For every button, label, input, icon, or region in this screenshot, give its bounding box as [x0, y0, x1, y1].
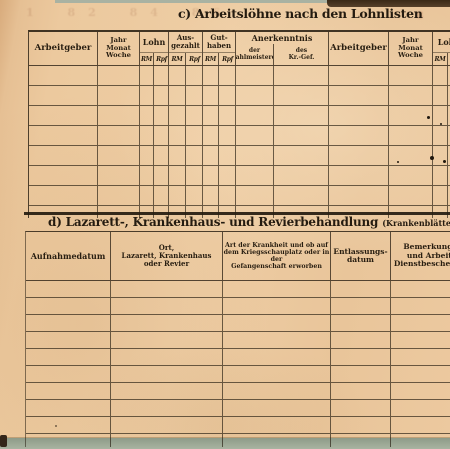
- hospital-table-cell: [223, 383, 331, 399]
- wage-table-header: ArbeitgeberJahrMonatWocheLohnRMRpfAus-ge…: [29, 32, 450, 66]
- wage-table-cell: [98, 126, 140, 145]
- hospital-table-cell: [223, 366, 331, 382]
- wage-table-cell: [169, 186, 186, 205]
- hospital-table-cell: [111, 366, 223, 382]
- wage-table-cell: [169, 166, 186, 185]
- hospital-table-cell: [331, 417, 391, 433]
- wage-table-cell: [98, 66, 140, 85]
- hospital-table-cell: [26, 315, 111, 331]
- hospital-table-cell: [26, 417, 111, 433]
- wage-table-cell: [29, 166, 98, 185]
- hospital-table-cell: [26, 332, 111, 348]
- hospital-table-cell: [391, 332, 450, 348]
- wage-table-cell: [169, 86, 186, 105]
- wage-table-cell: [389, 186, 433, 205]
- section-d-title-note: (Krankenblätter, D. B.-Verhandl: [382, 218, 450, 228]
- wage-table-cell: [236, 126, 274, 145]
- wage-table-cell: [274, 146, 329, 165]
- wage-table-cell: [274, 106, 329, 125]
- hospital-table-cell: [111, 417, 223, 433]
- hospital-table-cell: [26, 298, 111, 314]
- currency-subheader: RMRpf: [433, 52, 450, 65]
- wage-table-cell: [389, 86, 433, 105]
- wage-table-cell: [140, 146, 154, 165]
- wage-table-cell: [389, 166, 433, 185]
- section-c-title: c) Arbeitslöhne nach den Lohnlisten: [178, 6, 412, 21]
- wage-table-cell: [389, 146, 433, 165]
- wage-table-cell: [203, 186, 219, 205]
- column-header-label: Ort,Lazarett, Krankenhausoder Revier: [111, 232, 222, 280]
- hospital-table-cell: [223, 281, 331, 297]
- hospital-table-tick-cell: [111, 434, 223, 447]
- wage-table-cell: [389, 66, 433, 85]
- wage-table-cell: [236, 66, 274, 85]
- ink-speck: [440, 123, 442, 125]
- hospital-table-row: [26, 417, 450, 434]
- hospital-table-cell: [331, 298, 391, 314]
- wage-table-cell: [236, 146, 274, 165]
- hospital-table-cell: [391, 417, 450, 433]
- hospital-table-cell: [111, 383, 223, 399]
- wage-table-cell: [236, 86, 274, 105]
- wage-table-column-header: LohnRMRpf: [433, 32, 450, 65]
- wage-table-cell: [329, 126, 389, 145]
- ink-speck: [427, 116, 430, 119]
- wage-table-cell: [186, 126, 203, 145]
- wage-table-cell: [274, 86, 329, 105]
- wage-table-cell: [140, 186, 154, 205]
- hospital-table-row: [26, 383, 450, 400]
- currency-unit-label: Rpf: [186, 53, 203, 65]
- hospital-table-row: [26, 315, 450, 332]
- wage-table-cell: [236, 106, 274, 125]
- wage-table-cell: [219, 186, 236, 205]
- wage-table-row: [29, 106, 450, 126]
- ink-speck: [443, 160, 446, 163]
- section-d-title: d) Lazarett-, Krankenhaus- und Revierbeh…: [48, 215, 450, 229]
- wage-table-cell: [329, 106, 389, 125]
- wage-table-cell: [329, 86, 389, 105]
- wage-table-cell: [98, 166, 140, 185]
- hospital-table-cell: [26, 281, 111, 297]
- wage-table-cell: [154, 66, 169, 85]
- wage-table-cell: [154, 146, 169, 165]
- wage-table-cell: [29, 106, 98, 125]
- hospital-table-column-header: Art der Krankheit und ob aufdem Kriegssc…: [223, 232, 331, 280]
- wage-table-cell: [219, 146, 236, 165]
- wage-table-cell: [329, 166, 389, 185]
- hospital-table-cell: [111, 332, 223, 348]
- column-header-label: Bemerkungenund Arbeits-Dienstbescheinigu: [391, 232, 450, 280]
- subcolumn-header: des Kr.-Gef.: [274, 44, 329, 65]
- wage-table-cell: [203, 86, 219, 105]
- column-header-label: Anerkenntnis: [236, 32, 328, 44]
- hospital-table-cell: [391, 281, 450, 297]
- hospital-table-cell: [391, 315, 450, 331]
- wage-table-cell: [169, 106, 186, 125]
- column-header-label: Art der Krankheit und ob aufdem Kriegssc…: [223, 232, 330, 280]
- hospital-table-row: [26, 332, 450, 349]
- wage-table-cell: [154, 86, 169, 105]
- wage-table-cell: [219, 66, 236, 85]
- wage-table-cell: [29, 66, 98, 85]
- column-header-label: Lohn: [433, 32, 450, 52]
- currency-unit-label: RM: [169, 53, 186, 65]
- hospital-table-cell: [391, 400, 450, 416]
- wage-table-cell: [433, 186, 448, 205]
- column-header-label: JahrMonatWoche: [389, 32, 432, 65]
- wage-table-cell: [154, 186, 169, 205]
- wage-table-cell: [219, 86, 236, 105]
- wage-table-cell: [154, 126, 169, 145]
- wage-table-row: [29, 146, 450, 166]
- wage-table-cell: [203, 146, 219, 165]
- wage-table-column-header: Arbeitgeber: [29, 32, 98, 65]
- currency-subheader: RMRpf: [140, 52, 168, 65]
- column-header-label: Aufnahmedatum: [26, 232, 110, 280]
- wage-table-cell: [186, 86, 203, 105]
- hospital-table-cell: [26, 366, 111, 382]
- hospital-table-cell: [331, 383, 391, 399]
- hospital-table-cell: [111, 349, 223, 365]
- wage-table-cell: [329, 186, 389, 205]
- wage-table-cell: [203, 66, 219, 85]
- hospital-table-cell: [26, 349, 111, 365]
- hospital-table-cell: [111, 298, 223, 314]
- hospital-table-column-header: Entlassungs-datum: [331, 232, 391, 280]
- wage-table: ArbeitgeberJahrMonatWocheLohnRMRpfAus-ge…: [28, 30, 450, 218]
- wage-table-cell: [98, 186, 140, 205]
- wage-table-cell: [140, 66, 154, 85]
- hospital-table: AufnahmedatumOrt,Lazarett, Krankenhausod…: [25, 231, 450, 447]
- wage-table-cell: [433, 166, 448, 185]
- wage-table-cell: [433, 66, 448, 85]
- hospital-table-cell: [391, 383, 450, 399]
- subcolumn-header: der Zahlmeisterei: [236, 44, 274, 65]
- wage-table-cell: [186, 146, 203, 165]
- hospital-table-cell: [331, 366, 391, 382]
- hospital-table-cell: [331, 400, 391, 416]
- wage-table-cell: [219, 166, 236, 185]
- hospital-table-cell: [331, 349, 391, 365]
- wage-table-cell: [219, 106, 236, 125]
- section-d-title-text: d) Lazarett-, Krankenhaus- und Revierbeh…: [48, 215, 378, 229]
- wage-table-cell: [140, 126, 154, 145]
- column-header-label: Lohn: [140, 32, 168, 52]
- ink-speck: [430, 156, 434, 160]
- column-header-label: JahrMonatWoche: [98, 32, 139, 65]
- hospital-table-cell: [223, 298, 331, 314]
- hospital-table-column-header: Ort,Lazarett, Krankenhausoder Revier: [111, 232, 223, 280]
- acknowledgement-subheader: der Zahlmeistereides Kr.-Gef.: [236, 44, 328, 65]
- wage-table-cell: [389, 126, 433, 145]
- currency-unit-label: RM: [140, 53, 154, 65]
- wage-table-cell: [140, 106, 154, 125]
- wage-table-cell: [236, 166, 274, 185]
- hospital-table-cell: [223, 417, 331, 433]
- ink-speck: [55, 425, 57, 427]
- wage-table-cell: [203, 166, 219, 185]
- wage-table-row: [29, 66, 450, 86]
- currency-unit-label: Rpf: [154, 53, 169, 65]
- ink-speck: [397, 161, 399, 163]
- wage-table-cell: [236, 186, 274, 205]
- wage-table-cell: [274, 66, 329, 85]
- hospital-table-cell: [223, 332, 331, 348]
- wage-table-cell: [186, 106, 203, 125]
- hospital-table-cell: [111, 315, 223, 331]
- hospital-table-header: AufnahmedatumOrt,Lazarett, Krankenhausod…: [26, 232, 450, 281]
- hospital-table-tick-cell: [26, 434, 111, 447]
- wage-table-cell: [140, 86, 154, 105]
- wage-table-cell: [98, 106, 140, 125]
- wage-table-cell: [98, 146, 140, 165]
- hospital-table-tick-cell: [391, 434, 450, 447]
- wage-table-row: [29, 86, 450, 106]
- wage-table-cell: [169, 126, 186, 145]
- hospital-table-row: [26, 349, 450, 366]
- hospital-table-row: [26, 298, 450, 315]
- column-header-label: Arbeitgeber: [29, 32, 97, 65]
- hospital-table-row: [26, 281, 450, 298]
- wage-table-cell: [154, 166, 169, 185]
- wage-table-cell: [29, 86, 98, 105]
- wage-table-cell: [274, 166, 329, 185]
- hospital-table-column-header: Bemerkungenund Arbeits-Dienstbescheinigu: [391, 232, 450, 280]
- wage-table-row: [29, 166, 450, 186]
- wage-table-cell: [433, 86, 448, 105]
- wage-table-cell: [433, 126, 448, 145]
- wage-table-column-header: JahrMonatWoche: [389, 32, 433, 65]
- wage-table-column-header: JahrMonatWoche: [98, 32, 140, 65]
- hospital-table-cell: [331, 281, 391, 297]
- wage-table-cell: [98, 86, 140, 105]
- wage-table-cell: [219, 126, 236, 145]
- hospital-table-cell: [391, 349, 450, 365]
- wage-table-cell: [203, 126, 219, 145]
- wage-table-cell: [203, 106, 219, 125]
- hospital-table-cell: [26, 400, 111, 416]
- hospital-table-cell: [26, 383, 111, 399]
- wage-table-cell: [169, 66, 186, 85]
- hospital-table-cell: [111, 400, 223, 416]
- hospital-table-cell: [223, 400, 331, 416]
- wage-table-column-header: Gut-habenRMRpf: [203, 32, 236, 65]
- column-header-label: Entlassungs-datum: [331, 232, 390, 280]
- scan-corner-spot: [0, 435, 7, 447]
- wage-table-cell: [154, 106, 169, 125]
- currency-unit-label: RM: [203, 53, 219, 65]
- document-scan: { "sections": { "c": { "title": "c) Arbe…: [0, 0, 450, 449]
- wage-table-column-header: Anerkenntnisder Zahlmeistereides Kr.-Gef…: [236, 32, 329, 65]
- wage-table-cell: [274, 186, 329, 205]
- wage-table-cell: [186, 66, 203, 85]
- wage-table-column-header: Arbeitgeber: [329, 32, 389, 65]
- wage-table-column-header: Aus-gezahltRMRpf: [169, 32, 203, 65]
- hospital-table-column-header: Aufnahmedatum: [26, 232, 111, 280]
- hospital-table-tick-cell: [331, 434, 391, 447]
- wage-table-cell: [169, 146, 186, 165]
- wage-table-cell: [186, 186, 203, 205]
- currency-subheader: RMRpf: [203, 52, 235, 65]
- wage-table-cell: [186, 166, 203, 185]
- hospital-table-tick-cell: [223, 434, 331, 447]
- hospital-table-cell: [223, 349, 331, 365]
- hospital-table-cell: [111, 281, 223, 297]
- hospital-table-cell: [391, 298, 450, 314]
- hospital-table-cell: [223, 315, 331, 331]
- column-header-label: Arbeitgeber: [329, 32, 388, 65]
- hospital-table-cell: [391, 366, 450, 382]
- hospital-table-cell: [331, 315, 391, 331]
- hospital-table-row: [26, 400, 450, 417]
- currency-unit-label: Rpf: [219, 53, 236, 65]
- wage-table-cell: [329, 146, 389, 165]
- wage-table-cell: [140, 166, 154, 185]
- wage-table-cell: [29, 126, 98, 145]
- wage-table-row: [29, 126, 450, 146]
- wage-table-cell: [274, 126, 329, 145]
- wage-table-cell: [29, 186, 98, 205]
- hospital-table-tick-row: [26, 434, 450, 447]
- hospital-table-row: [26, 366, 450, 383]
- wage-table-cell: [329, 66, 389, 85]
- column-header-label: Gut-haben: [203, 32, 235, 52]
- hospital-table-cell: [331, 332, 391, 348]
- currency-unit-label: RM: [433, 53, 448, 65]
- column-header-label: Aus-gezahlt: [169, 32, 202, 52]
- wage-table-column-header: LohnRMRpf: [140, 32, 169, 65]
- currency-subheader: RMRpf: [169, 52, 202, 65]
- wage-table-cell: [29, 146, 98, 165]
- wage-table-row: [29, 186, 450, 206]
